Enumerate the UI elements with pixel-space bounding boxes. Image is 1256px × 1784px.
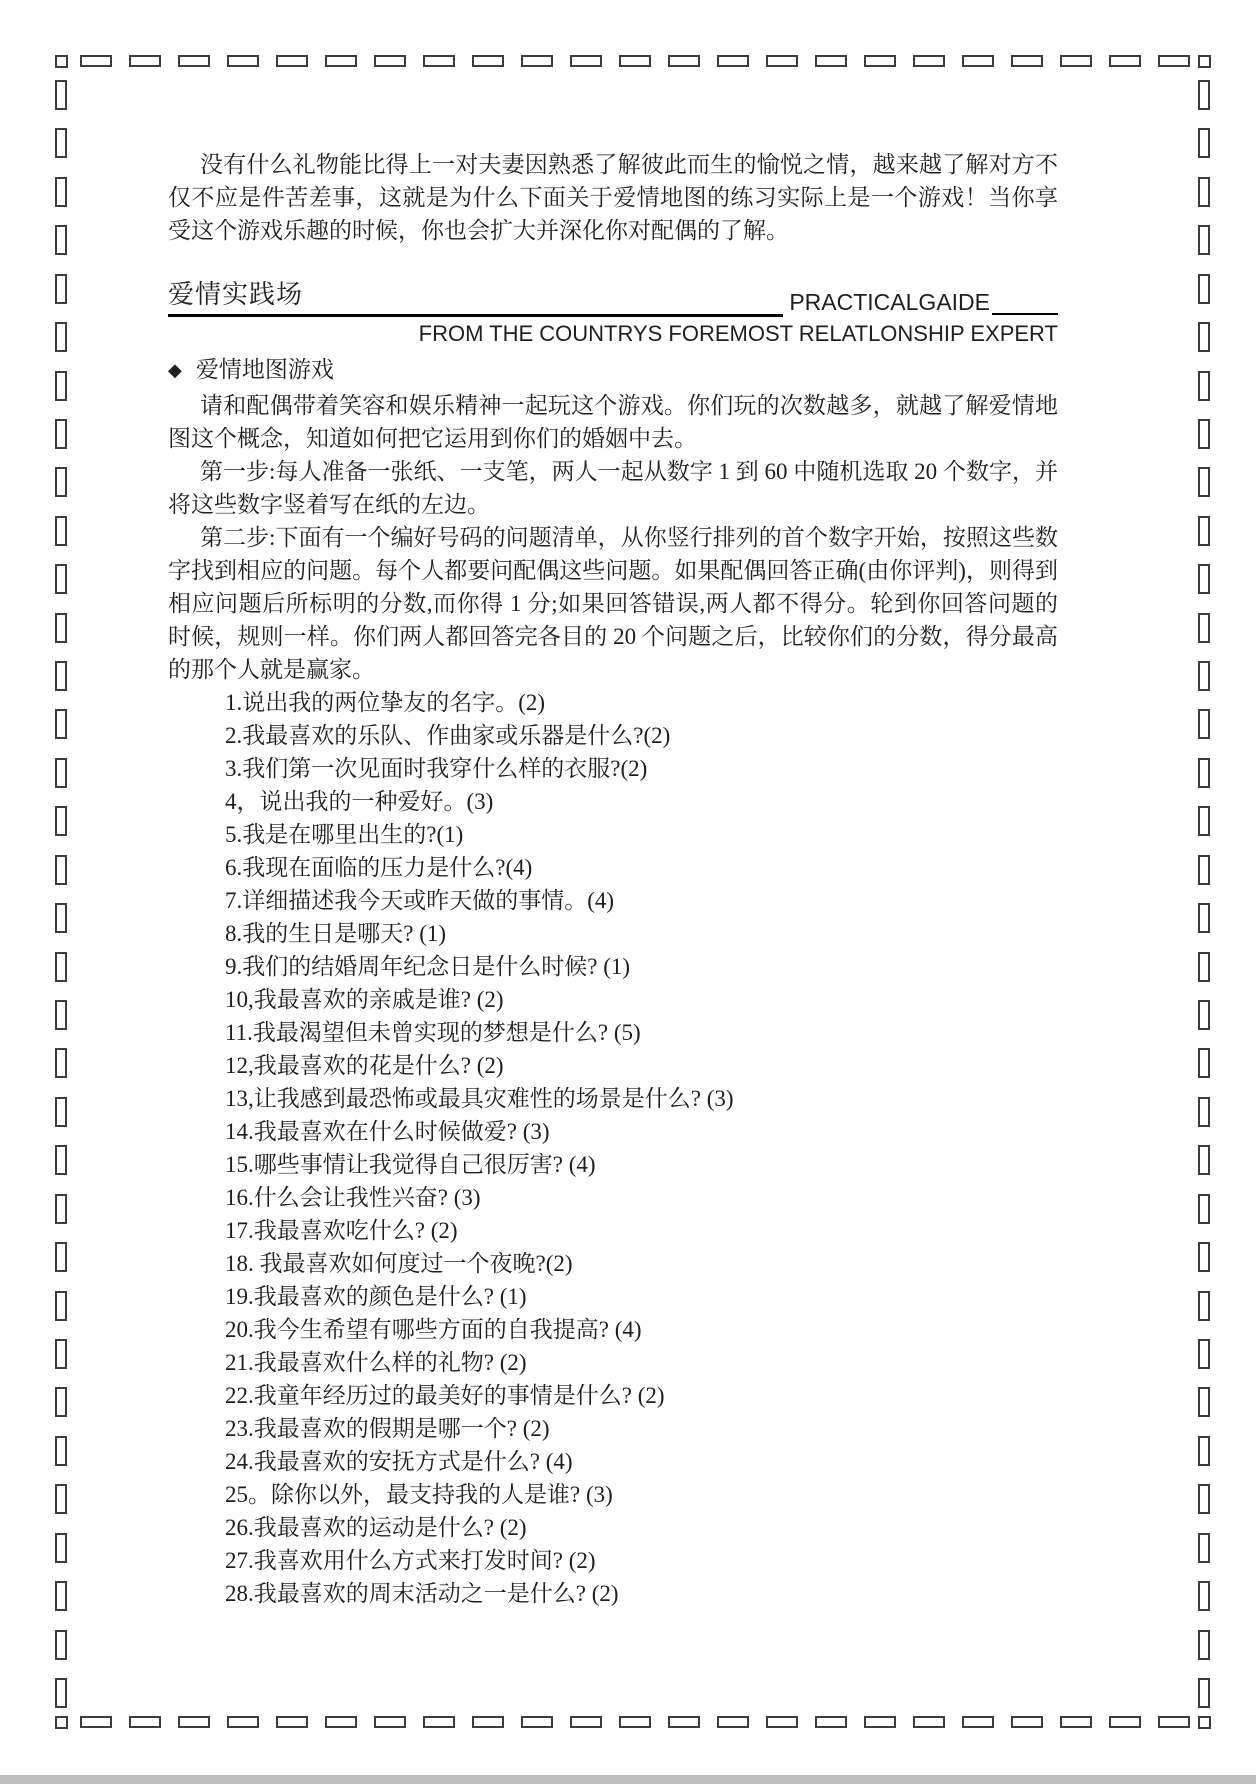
- border-dash: [521, 1716, 553, 1728]
- border-dash: [55, 903, 67, 933]
- border-dash: [1198, 1145, 1210, 1175]
- border-dash: [1011, 1716, 1043, 1728]
- border-dash: [1198, 1339, 1210, 1369]
- border-dash: [1198, 1630, 1210, 1660]
- border-corner-bottom-left: [55, 1716, 68, 1729]
- border-dash: [55, 225, 67, 255]
- question-list: 1.说出我的两位挚友的名字。(2) 2.我最喜欢的乐队、作曲家或乐器是什么?(2…: [168, 686, 1058, 1610]
- dashed-border-right: [1198, 80, 1211, 1708]
- question-item: 14.我最喜欢在什么时候做爱? (3): [225, 1115, 1058, 1148]
- border-dash: [570, 55, 602, 67]
- border-dash: [80, 55, 112, 67]
- border-corner-top-left: [55, 55, 68, 68]
- dashed-border-top: [80, 55, 1190, 68]
- border-dash: [55, 855, 67, 885]
- step-1-paragraph: 第一步:每人准备一张纸、一支笔，两人一起从数字 1 到 60 中随机选取 20 …: [168, 455, 1058, 521]
- question-item: 28.我最喜欢的周末活动之一是什么? (2): [225, 1577, 1058, 1610]
- border-dash: [668, 55, 700, 67]
- question-item: 9.我们的结婚周年纪念日是什么时候? (1): [225, 950, 1058, 983]
- border-dash: [1198, 1387, 1210, 1417]
- border-dash: [472, 55, 504, 67]
- dashed-border-left: [55, 80, 68, 1708]
- intro-paragraph: 没有什么礼物能比得上一对夫妻因熟悉了解彼此而生的愉悦之情，越来越了解对方不仅不应…: [168, 148, 1058, 247]
- question-item: 22.我童年经历过的最美好的事情是什么? (2): [225, 1379, 1058, 1412]
- border-dash: [55, 1194, 67, 1224]
- border-dash: [1198, 177, 1210, 207]
- border-dash: [55, 564, 67, 594]
- border-dash: [55, 758, 67, 788]
- border-dash: [1198, 952, 1210, 982]
- page-content: 没有什么礼物能比得上一对夫妻因熟悉了解彼此而生的愉悦之情，越来越了解对方不仅不应…: [168, 148, 1058, 1610]
- section-title-cn: 爱情实践场: [168, 278, 303, 314]
- question-item: 26.我最喜欢的运动是什么? (2): [225, 1511, 1058, 1544]
- section-header-underline: 爱情实践场: [168, 277, 783, 317]
- border-dash: [1198, 1194, 1210, 1224]
- question-item: 24.我最喜欢的安抚方式是什么? (4): [225, 1445, 1058, 1478]
- border-dash: [55, 371, 67, 401]
- question-item: 3.我们第一次见面时我穿什么样的衣服?(2): [225, 752, 1058, 785]
- question-item: 4，说出我的一种爱好。(3): [225, 785, 1058, 818]
- border-dash: [276, 1716, 308, 1728]
- border-dash: [521, 55, 553, 67]
- border-dash: [55, 1048, 67, 1078]
- border-dash: [55, 1291, 67, 1321]
- section-subtitle: FROM THE COUNTRYS FOREMOST RELATLONSHIP …: [168, 317, 1058, 350]
- border-dash: [80, 1716, 112, 1728]
- border-dash: [1109, 1716, 1141, 1728]
- question-item: 2.我最喜欢的乐队、作曲家或乐器是什么?(2): [225, 719, 1058, 752]
- header-trailing-underscore: [992, 305, 1058, 315]
- border-dash: [325, 55, 357, 67]
- border-dash: [55, 1242, 67, 1272]
- section-header: 爱情实践场 PRACTICALGAIDE: [168, 277, 1058, 317]
- border-dash: [1109, 55, 1141, 67]
- border-dash: [55, 1097, 67, 1127]
- border-dash: [1198, 1581, 1210, 1611]
- border-dash: [55, 1533, 67, 1563]
- border-dash: [55, 1145, 67, 1175]
- border-dash: [178, 55, 210, 67]
- border-dash: [619, 55, 651, 67]
- border-dash: [717, 55, 749, 67]
- border-dash: [766, 1716, 798, 1728]
- question-item: 10,我最喜欢的亲戚是谁? (2): [225, 983, 1058, 1016]
- border-dash: [1198, 225, 1210, 255]
- question-item: 25。除你以外，最支持我的人是谁? (3): [225, 1478, 1058, 1511]
- border-dash: [55, 322, 67, 352]
- border-dash: [962, 55, 994, 67]
- question-item: 23.我最喜欢的假期是哪一个? (2): [225, 1412, 1058, 1445]
- border-dash: [864, 55, 896, 67]
- border-dash: [1198, 758, 1210, 788]
- border-dash: [1198, 661, 1210, 691]
- question-item: 15.哪些事情让我觉得自己很厉害? (4): [225, 1148, 1058, 1181]
- border-dash: [1198, 564, 1210, 594]
- border-dash: [1198, 1000, 1210, 1030]
- border-dash: [1198, 1678, 1210, 1708]
- question-item: 5.我是在哪里出生的?(1): [225, 818, 1058, 851]
- border-dash: [1198, 1533, 1210, 1563]
- border-dash: [619, 1716, 651, 1728]
- border-dash: [55, 467, 67, 497]
- border-dash: [423, 1716, 455, 1728]
- border-dash: [55, 952, 67, 982]
- border-dash: [55, 80, 67, 110]
- border-dash: [55, 1630, 67, 1660]
- border-dash: [374, 55, 406, 67]
- border-dash: [570, 1716, 602, 1728]
- question-item: 18. 我最喜欢如何度过一个夜晚?(2): [225, 1247, 1058, 1280]
- border-dash: [1198, 1436, 1210, 1466]
- question-item: 13,让我感到最恐怖或最具灾难性的场景是什么? (3): [225, 1082, 1058, 1115]
- question-item: 8.我的生日是哪天? (1): [225, 917, 1058, 950]
- question-item: 12,我最喜欢的花是什么? (2): [225, 1049, 1058, 1082]
- border-dash: [1198, 709, 1210, 739]
- border-dash: [864, 1716, 896, 1728]
- step-2-paragraph: 第二步:下面有一个编好号码的问题清单，从你竖行排列的首个数字开始，按照这些数字找…: [168, 521, 1058, 686]
- border-dash: [55, 516, 67, 546]
- border-dash: [1198, 806, 1210, 836]
- border-dash: [962, 1716, 994, 1728]
- border-corner-top-right: [1198, 55, 1211, 68]
- dashed-border-bottom: [80, 1716, 1190, 1729]
- question-item: 11.我最渴望但未曾实现的梦想是什么? (5): [225, 1016, 1058, 1049]
- border-dash: [1198, 128, 1210, 158]
- border-dash: [913, 55, 945, 67]
- border-dash: [325, 1716, 357, 1728]
- game-title: 爱情地图游戏: [196, 357, 334, 382]
- border-dash: [227, 1716, 259, 1728]
- border-dash: [1011, 55, 1043, 67]
- question-item: 6.我现在面临的压力是什么?(4): [225, 851, 1058, 884]
- border-dash: [1198, 274, 1210, 304]
- border-dash: [1198, 903, 1210, 933]
- border-dash: [55, 1436, 67, 1466]
- border-corner-bottom-right: [1198, 1716, 1211, 1729]
- border-dash: [1198, 1484, 1210, 1514]
- question-item: 1.说出我的两位挚友的名字。(2): [225, 686, 1058, 719]
- game-heading: ◆爱情地图游戏: [168, 353, 1058, 387]
- border-dash: [1198, 322, 1210, 352]
- how-to-play-paragraph: 请和配偶带着笑容和娱乐精神一起玩这个游戏。你们玩的次数越多，就越了解爱情地图这个…: [168, 389, 1058, 455]
- border-dash: [55, 806, 67, 836]
- border-dash: [55, 661, 67, 691]
- border-dash: [55, 1339, 67, 1369]
- question-item: 27.我喜欢用什么方式来打发时间? (2): [225, 1544, 1058, 1577]
- border-dash: [129, 1716, 161, 1728]
- border-dash: [1198, 1242, 1210, 1272]
- border-dash: [55, 1581, 67, 1611]
- border-dash: [1198, 419, 1210, 449]
- border-dash: [55, 1484, 67, 1514]
- question-item: 16.什么会让我性兴奋? (3): [225, 1181, 1058, 1214]
- border-dash: [55, 1000, 67, 1030]
- border-dash: [55, 1678, 67, 1708]
- border-dash: [668, 1716, 700, 1728]
- border-dash: [55, 613, 67, 643]
- border-dash: [815, 1716, 847, 1728]
- border-dash: [1198, 371, 1210, 401]
- question-item: 7.详细描述我今天或昨天做的事情。(4): [225, 884, 1058, 917]
- border-dash: [1060, 55, 1092, 67]
- border-dash: [276, 55, 308, 67]
- border-dash: [55, 1387, 67, 1417]
- border-dash: [1198, 1291, 1210, 1321]
- border-dash: [1198, 516, 1210, 546]
- question-item: 17.我最喜欢吃什么? (2): [225, 1214, 1058, 1247]
- border-dash: [1198, 855, 1210, 885]
- border-dash: [423, 55, 455, 67]
- border-dash: [55, 419, 67, 449]
- bottom-gray-bar: [0, 1775, 1256, 1784]
- question-item: 21.我最喜欢什么样的礼物? (2): [225, 1346, 1058, 1379]
- border-dash: [1060, 1716, 1092, 1728]
- border-dash: [55, 709, 67, 739]
- border-dash: [1158, 55, 1190, 67]
- border-dash: [472, 1716, 504, 1728]
- border-dash: [1198, 467, 1210, 497]
- question-item: 19.我最喜欢的颜色是什么? (1): [225, 1280, 1058, 1313]
- diamond-bullet-icon: ◆: [168, 360, 182, 380]
- border-dash: [55, 128, 67, 158]
- border-dash: [1158, 1716, 1190, 1728]
- border-dash: [1198, 613, 1210, 643]
- border-dash: [1198, 1048, 1210, 1078]
- question-item: 20.我今生希望有哪些方面的自我提高? (4): [225, 1313, 1058, 1346]
- border-dash: [227, 55, 259, 67]
- border-dash: [1198, 80, 1210, 110]
- border-dash: [815, 55, 847, 67]
- section-title-en: PRACTICALGAIDE: [783, 288, 992, 317]
- border-dash: [717, 1716, 749, 1728]
- border-dash: [55, 274, 67, 304]
- border-dash: [766, 55, 798, 67]
- border-dash: [129, 55, 161, 67]
- border-dash: [178, 1716, 210, 1728]
- border-dash: [374, 1716, 406, 1728]
- border-dash: [913, 1716, 945, 1728]
- border-dash: [1198, 1097, 1210, 1127]
- border-dash: [55, 177, 67, 207]
